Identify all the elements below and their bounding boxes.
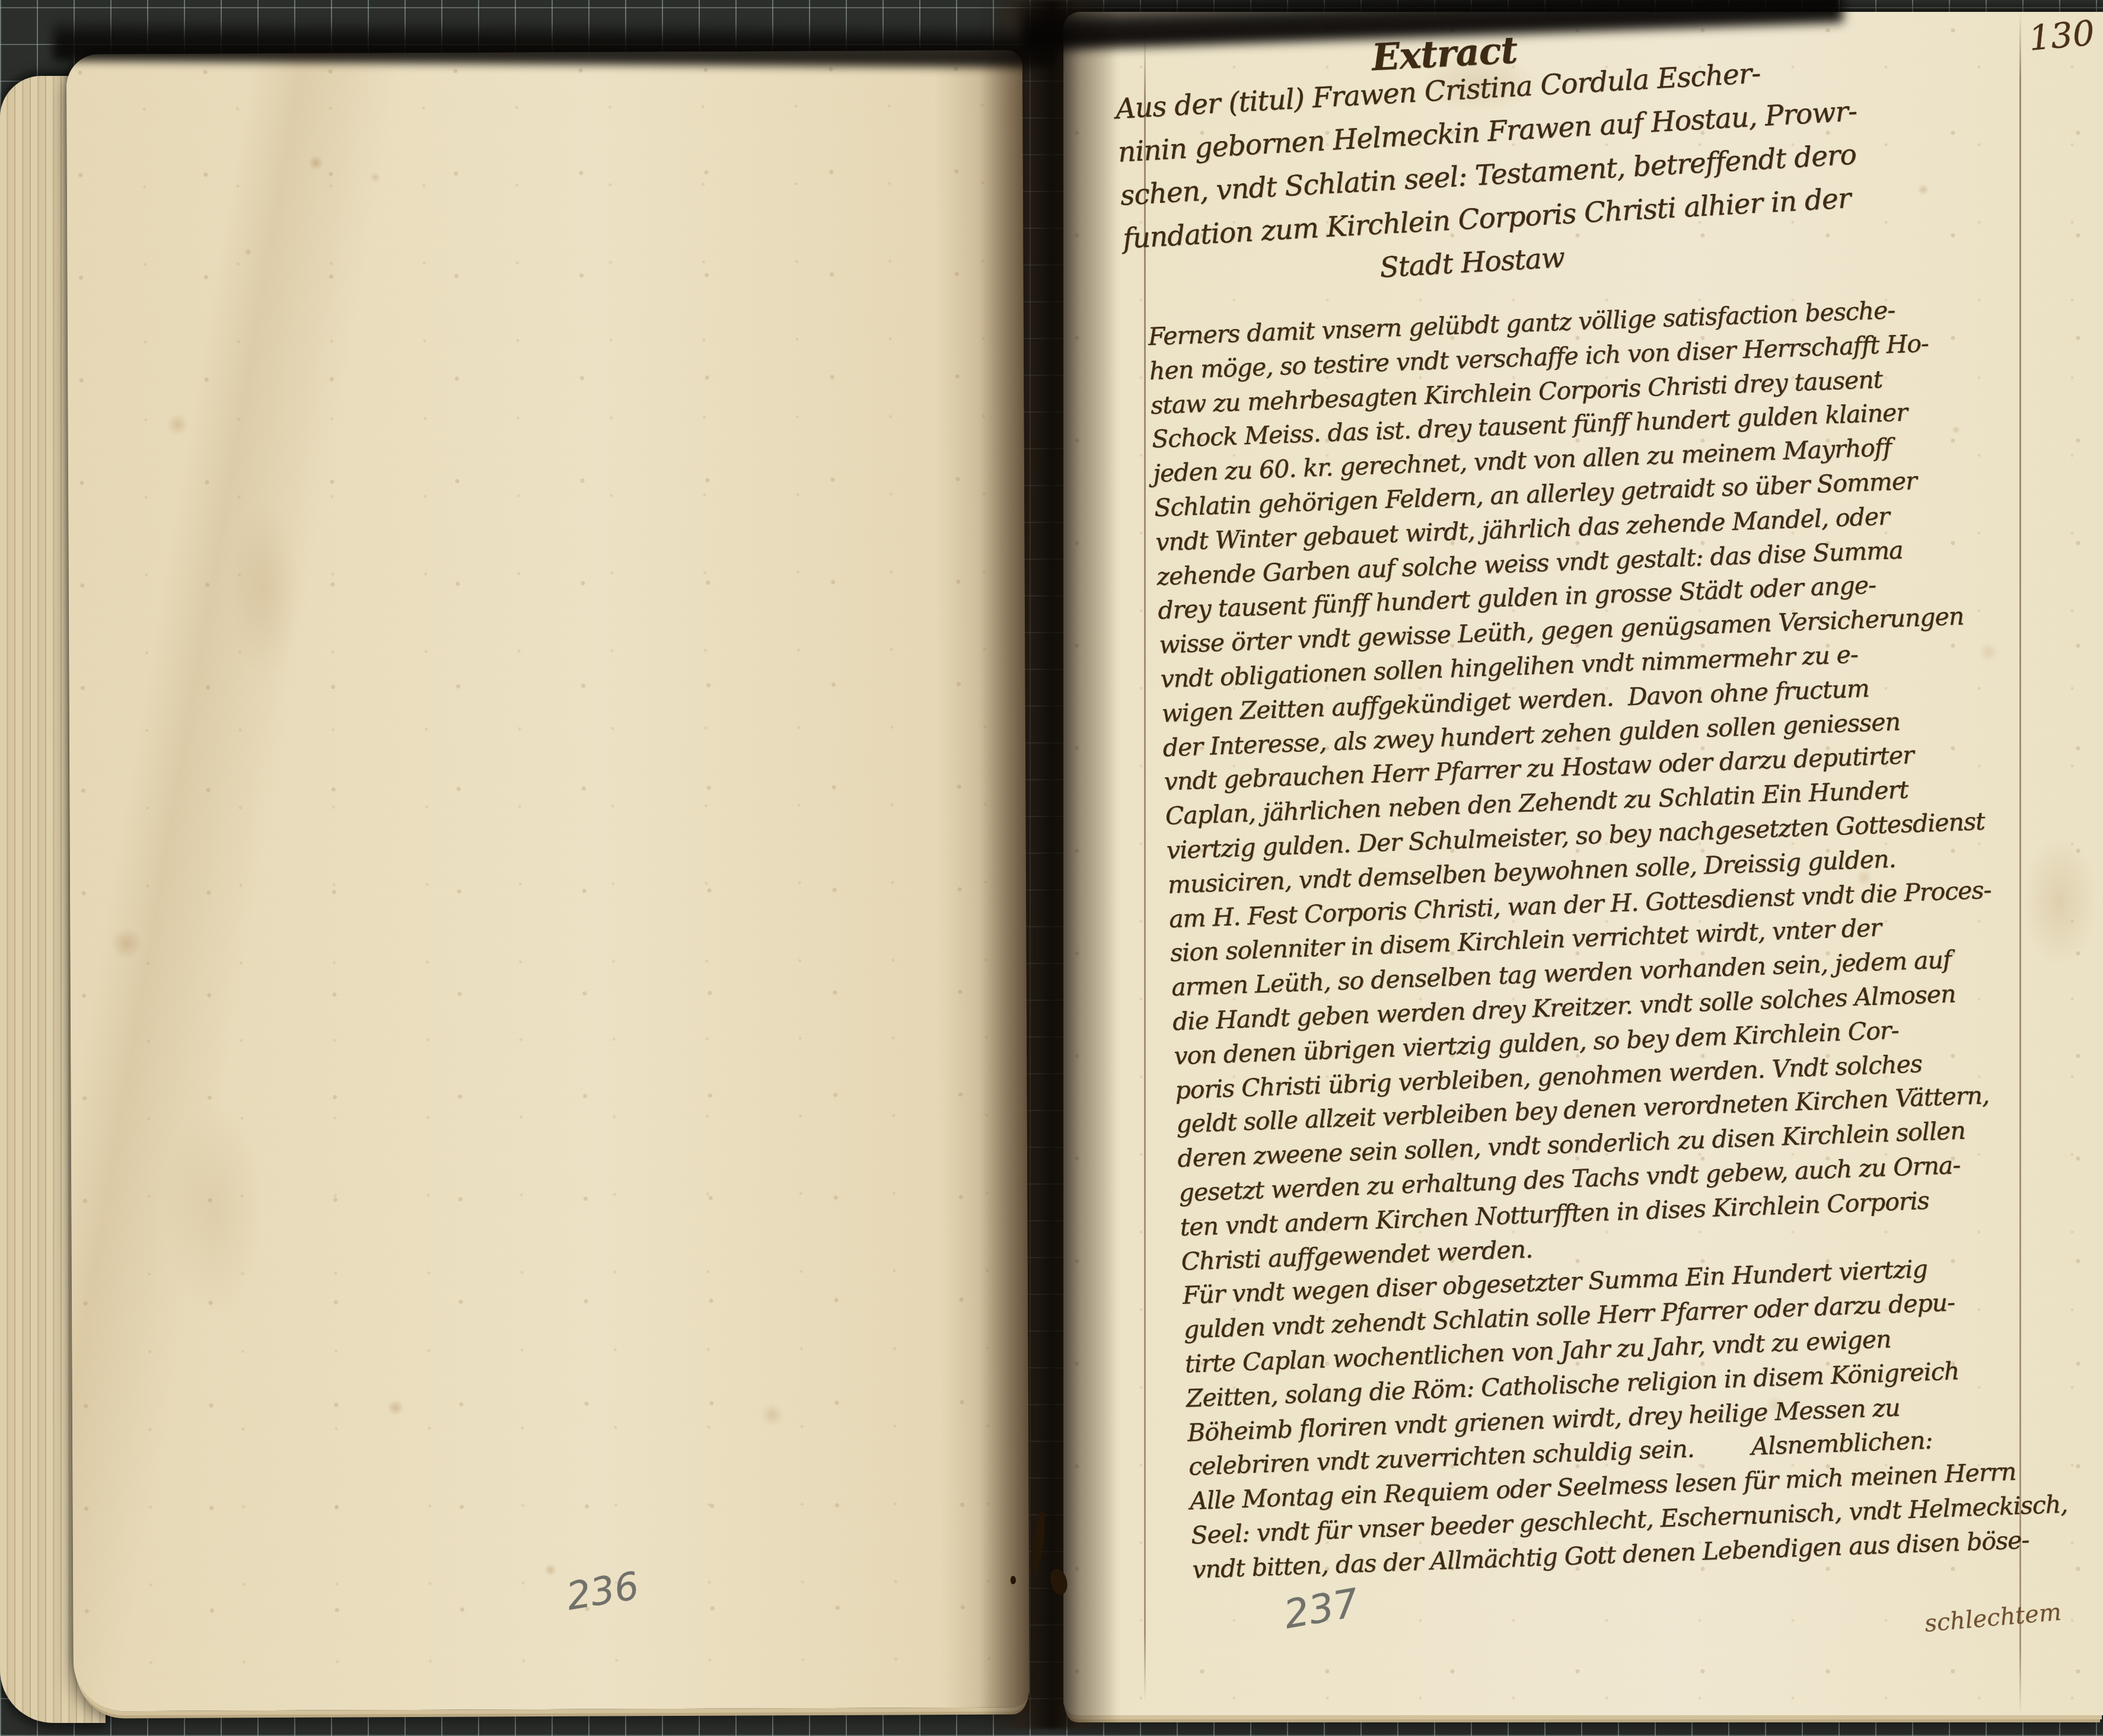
- catchword: schlechtem: [1923, 1598, 2062, 1638]
- right-written-page: 130 Extract Aus der (titul) Frawen Crist…: [1063, 12, 2103, 1715]
- left-blank-page: 236: [66, 50, 1030, 1711]
- left-page-pencil-folio-number: 236: [563, 1564, 642, 1619]
- ink-blot: [1029, 1510, 1047, 1575]
- photo-of-open-manuscript: 236 130 Extract Aus der (titul) Frawen C…: [0, 0, 2103, 1736]
- right-page-pencil-folio-number: 237: [1280, 1580, 1362, 1638]
- foxing-speckles: [66, 50, 1030, 1711]
- manuscript-body-text: Ferners damit vnsern gelübdt gantz völli…: [1148, 288, 2091, 1587]
- ink-blot: [1011, 1576, 1016, 1584]
- title-block: Aus der (titul) Frawen Cristina Cordula …: [1114, 36, 2056, 304]
